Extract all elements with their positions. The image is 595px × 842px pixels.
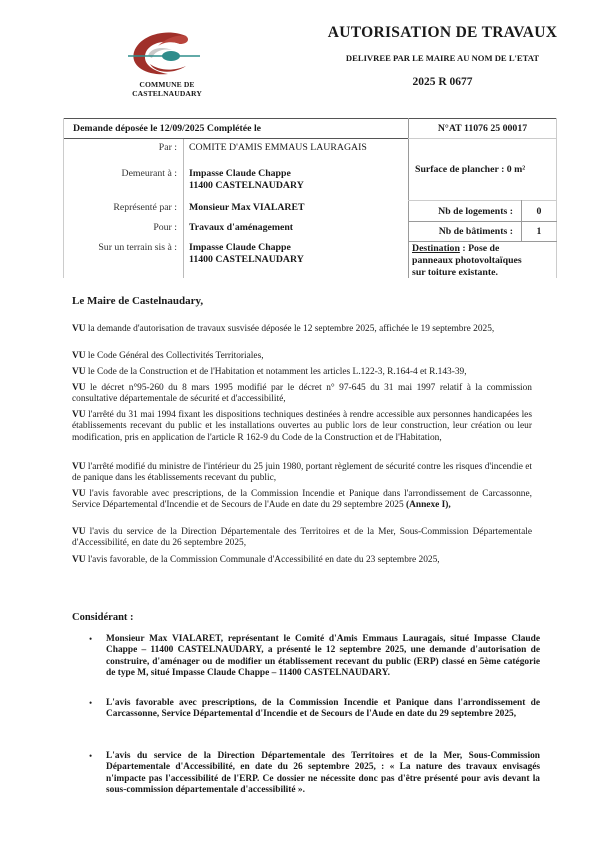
value-terrain-line2: 11400 CASTELNAUDARY [189, 254, 304, 265]
label-logements: Nb de logements : [408, 206, 521, 217]
request-date: Demande déposée le 12/09/2025 Complétée … [73, 123, 261, 134]
logo-caption-line1: COMMUNE DE [112, 80, 222, 89]
label-demeurant: Demeurant à : [63, 168, 177, 179]
destination: Destination : Pose de panneaux photovolt… [412, 243, 522, 279]
value-terrain-line1: Impasse Claude Chappe [189, 242, 291, 253]
bullet-icon: • [89, 751, 92, 761]
floor-surface: Surface de plancher : 0 m² [415, 164, 525, 175]
value-demeurant-line1: Impasse Claude Chappe [189, 168, 291, 179]
label-terrain: Sur un terrain sis à : [63, 242, 177, 253]
considerant-item: L'avis du service de la Direction Départ… [106, 751, 540, 796]
vu-clause: VU le Code Général des Collectivités Ter… [72, 351, 532, 362]
considerant-item: Monsieur Max VIALARET, représentant le C… [106, 634, 540, 679]
document-subtitle: DELIVREE PAR LE MAIRE AU NOM DE L'ETAT [300, 53, 585, 63]
value-par: COMITE D'AMIS EMMAUS LAURAGAIS [189, 142, 367, 153]
value-demeurant-line2: 11400 CASTELNAUDARY [189, 180, 304, 191]
value-logements: 0 [522, 206, 556, 217]
destination-label: Destination [412, 243, 460, 254]
vu-clause: VU l'arrêté modifié du ministre de l'int… [72, 462, 532, 485]
vu-clause: VU l'avis du service de la Direction Dép… [72, 527, 532, 550]
considerant-heading: Considérant : [72, 612, 134, 623]
logo-caption: COMMUNE DE CASTELNAUDARY [112, 80, 222, 98]
value-represente: Monsieur Max VIALARET [189, 202, 305, 213]
value-batiments: 1 [522, 226, 556, 237]
logo-caption-line2: CASTELNAUDARY [112, 89, 222, 98]
bullet-icon: • [89, 634, 92, 644]
bullet-icon: • [89, 698, 92, 708]
vu-clause: VU l'arrêté du 31 mai 1994 fixant les di… [72, 410, 532, 444]
vu-clause: VU le Code de la Construction et de l'Ha… [72, 367, 532, 378]
considerant-item: L'avis favorable avec prescriptions, de … [106, 698, 540, 721]
file-number: N°AT 11076 25 00017 [408, 123, 557, 134]
vu-clause: VU le décret n°95-260 du 8 mars 1995 mod… [72, 383, 532, 406]
value-pour: Travaux d'aménagement [189, 222, 293, 233]
vu-clause: VU la demande d'autorisation de travaux … [72, 324, 532, 335]
label-represente: Représenté par : [63, 202, 177, 213]
document-title: AUTORISATION DE TRAVAUX [300, 24, 585, 42]
vu-clause: VU l'avis favorable, de la Commission Co… [72, 555, 532, 566]
label-par: Par : [63, 142, 177, 153]
vu-clause: VU l'avis favorable avec prescriptions, … [72, 489, 532, 512]
salutation: Le Maire de Castelnaudary, [72, 295, 203, 307]
document-reference: 2025 R 0677 [300, 76, 585, 88]
request-form-table: Demande déposée le 12/09/2025 Complétée … [63, 118, 557, 278]
label-pour: Pour : [63, 222, 177, 233]
commune-logo [128, 30, 200, 78]
label-batiments: Nb de bâtiments : [408, 226, 521, 237]
